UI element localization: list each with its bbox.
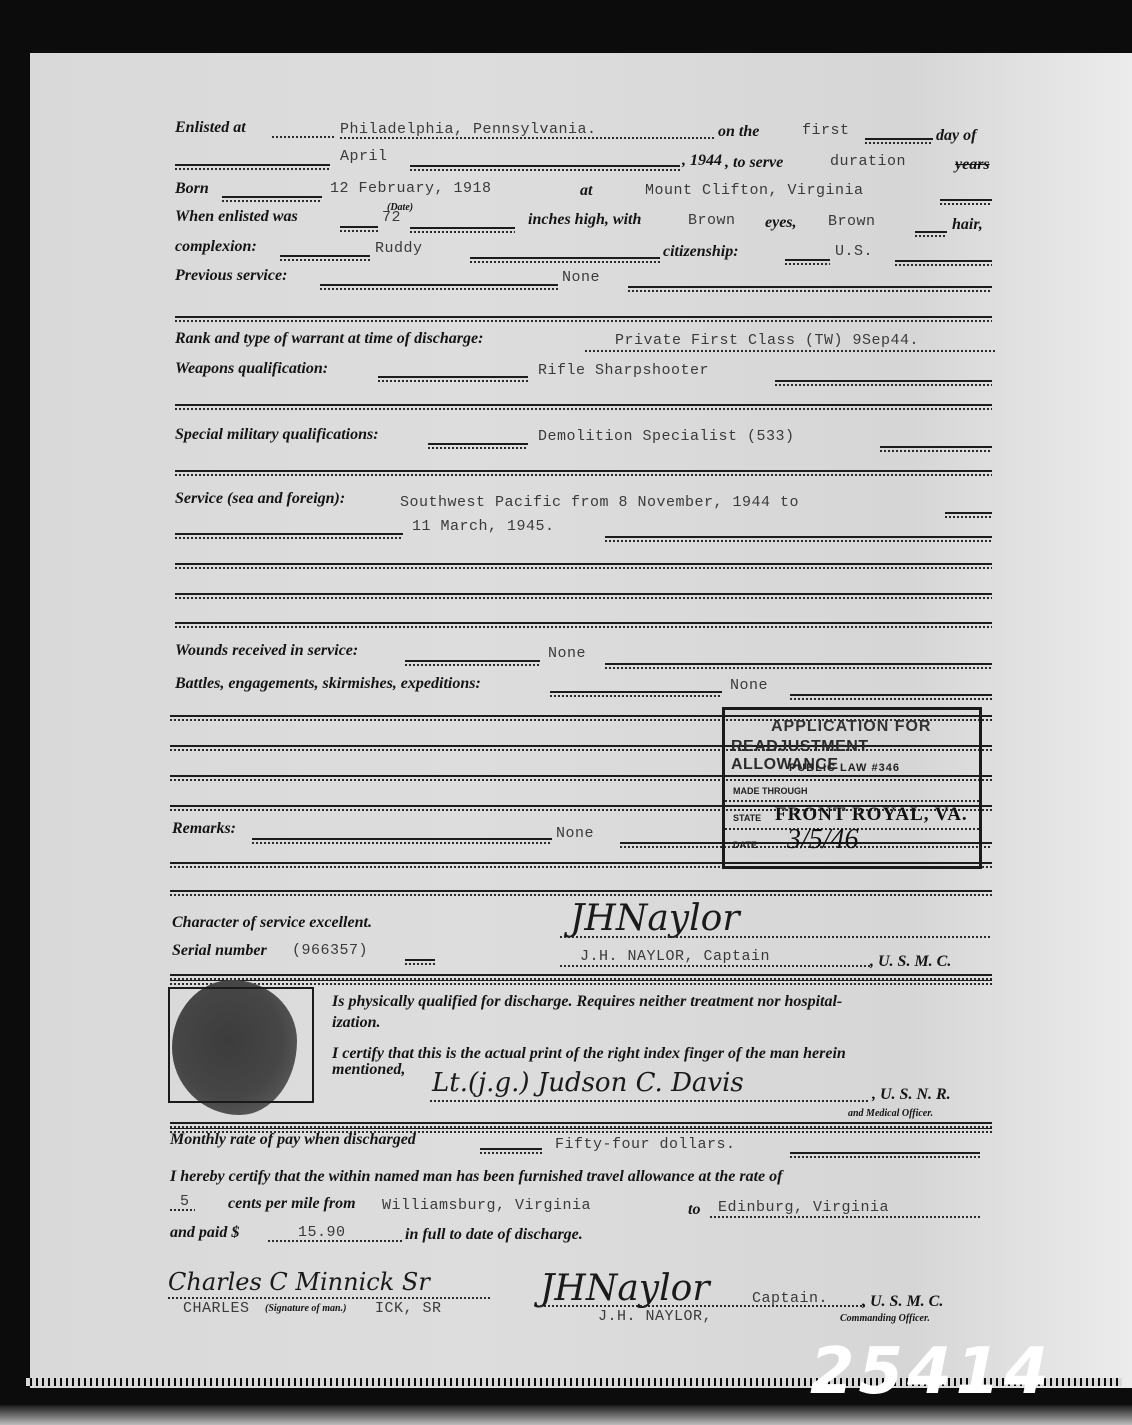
enlisted-place: Philadelphia, Pennsylvania. [340, 121, 597, 138]
man-signature-caption: (Signature of man.) [265, 1303, 346, 1314]
stamp-state-value: FRONT ROYAL, VA. [775, 804, 968, 826]
height-value: 72 [382, 209, 401, 226]
film-frame-number: 25414 [810, 1335, 1053, 1409]
captain-typed-name: J.H. NAYLOR, Captain [580, 948, 770, 965]
birth-place: Mount Clifton, Virginia [645, 182, 864, 199]
medical-officer-role: and Medical Officer. [848, 1108, 933, 1119]
travel-to: Edinburg, Virginia [718, 1199, 889, 1216]
inches-label: inches high, with [528, 211, 641, 229]
man-typed-last-name: ICK, SR [375, 1300, 442, 1317]
citizenship-value: U.S. [835, 243, 873, 260]
medical-line2: ization. [332, 1014, 380, 1032]
commanding-officer-rank: Captain. [752, 1290, 828, 1307]
wounds-value: None [548, 645, 586, 662]
remarks-label: Remarks: [172, 820, 236, 838]
born-at-label: at [580, 182, 592, 200]
man-typed-first-name: CHARLES [183, 1300, 250, 1317]
readjustment-allowance-stamp: APPLICATION FOR READJUSTMENT ALLOWANCE P… [722, 707, 982, 869]
serial-number-value: (966357) [292, 942, 368, 959]
fingerprint-box [168, 987, 314, 1103]
service-foreign-label: Service (sea and foreign): [175, 490, 345, 508]
stamp-state-label: STATE [733, 813, 761, 823]
special-qualifications-label: Special military qualifications: [175, 426, 379, 444]
travel-rate: 5 [180, 1193, 190, 1210]
service-foreign-line1: Southwest Pacific from 8 November, 1944 … [400, 494, 799, 511]
cents-per-mile-label: cents per mile from [228, 1195, 356, 1213]
enlisted-label: Enlisted at [175, 119, 246, 137]
rank-value: Private First Class (TW) 9Sep44. [615, 332, 919, 349]
paid-label: and paid $ [170, 1224, 239, 1242]
commanding-officer-branch: , U. S. M. C. [862, 1293, 943, 1311]
rank-label: Rank and type of warrant at time of disc… [175, 330, 483, 348]
birth-date: 12 February, 1918 [330, 180, 492, 197]
travel-to-label: to [688, 1201, 700, 1219]
paid-suffix: in full to date of discharge. [405, 1226, 583, 1244]
eye-color: Brown [688, 212, 736, 229]
citizenship-label: citizenship: [663, 243, 739, 261]
special-qualifications-value: Demolition Specialist (533) [538, 428, 795, 445]
hair-label: hair, [952, 216, 983, 234]
medical-line3: I certify that this is the actual print … [332, 1045, 846, 1063]
previous-service-label: Previous service: [175, 267, 287, 285]
travel-from: Williamsburg, Virginia [382, 1197, 591, 1214]
medical-officer-signature: Lt.(j.g.) Judson C. Davis [432, 1068, 744, 1098]
character-of-service: Character of service excellent. [172, 914, 372, 932]
year-label: , 19 [682, 152, 706, 170]
commanding-officer-signature: JHNaylor [540, 1268, 710, 1309]
commanding-officer-typed-name: J.H. NAYLOR, [598, 1308, 712, 1325]
paid-value: 15.90 [298, 1224, 346, 1241]
service-foreign-line2: 11 March, 1945. [412, 518, 555, 535]
stamp-made-through-label: MADE THROUGH [733, 786, 808, 796]
enlisted-day: first [802, 122, 850, 139]
hair-color: Brown [828, 213, 876, 230]
pay-value: Fifty-four dollars. [555, 1136, 736, 1153]
service-term: duration [830, 153, 906, 170]
man-signature: Charles C Minnick Sr [168, 1268, 430, 1296]
medical-line1: Is physically qualified for discharge. R… [332, 993, 842, 1011]
stamp-title-line1: APPLICATION FOR [771, 718, 931, 736]
commanding-officer-role: Commanding Officer. [840, 1313, 930, 1324]
on-the-label: on the [718, 123, 759, 141]
captain-signature: JHNaylor [570, 898, 740, 939]
remarks-value: None [556, 825, 594, 842]
travel-certify-text: I hereby certify that the within named m… [170, 1168, 782, 1186]
born-label: Born [175, 180, 209, 198]
stamp-law: PUBLIC LAW #346 [789, 762, 900, 774]
battles-value: None [730, 677, 768, 694]
years-label-struck: years [955, 156, 990, 174]
enlisted-month: April [340, 148, 388, 165]
medical-line4: mentioned, [332, 1061, 405, 1079]
battles-label: Battles, engagements, skirmishes, expedi… [175, 675, 481, 693]
previous-service-value: None [562, 269, 600, 286]
captain-branch: , U. S. M. C. [870, 953, 951, 971]
stamp-date-label: DATE [733, 840, 757, 850]
pay-label: Monthly rate of pay when discharged [170, 1131, 416, 1149]
medical-branch: , U. S. N. R. [872, 1086, 951, 1104]
weapons-label: Weapons qualification: [175, 360, 328, 378]
day-of-label: day of [936, 127, 976, 145]
eyes-label: eyes, [765, 214, 797, 232]
wounds-label: Wounds received in service: [175, 642, 358, 660]
when-enlisted-label: When enlisted was [175, 208, 298, 226]
enlisted-year: 44 [706, 152, 722, 170]
serial-number-label: Serial number [172, 942, 267, 960]
complexion-value: Ruddy [375, 240, 423, 257]
to-serve-label: , to serve [725, 154, 783, 172]
weapons-value: Rifle Sharpshooter [538, 362, 709, 379]
complexion-label: complexion: [175, 238, 257, 256]
stamp-date-value: 3/5/46 [787, 824, 859, 856]
